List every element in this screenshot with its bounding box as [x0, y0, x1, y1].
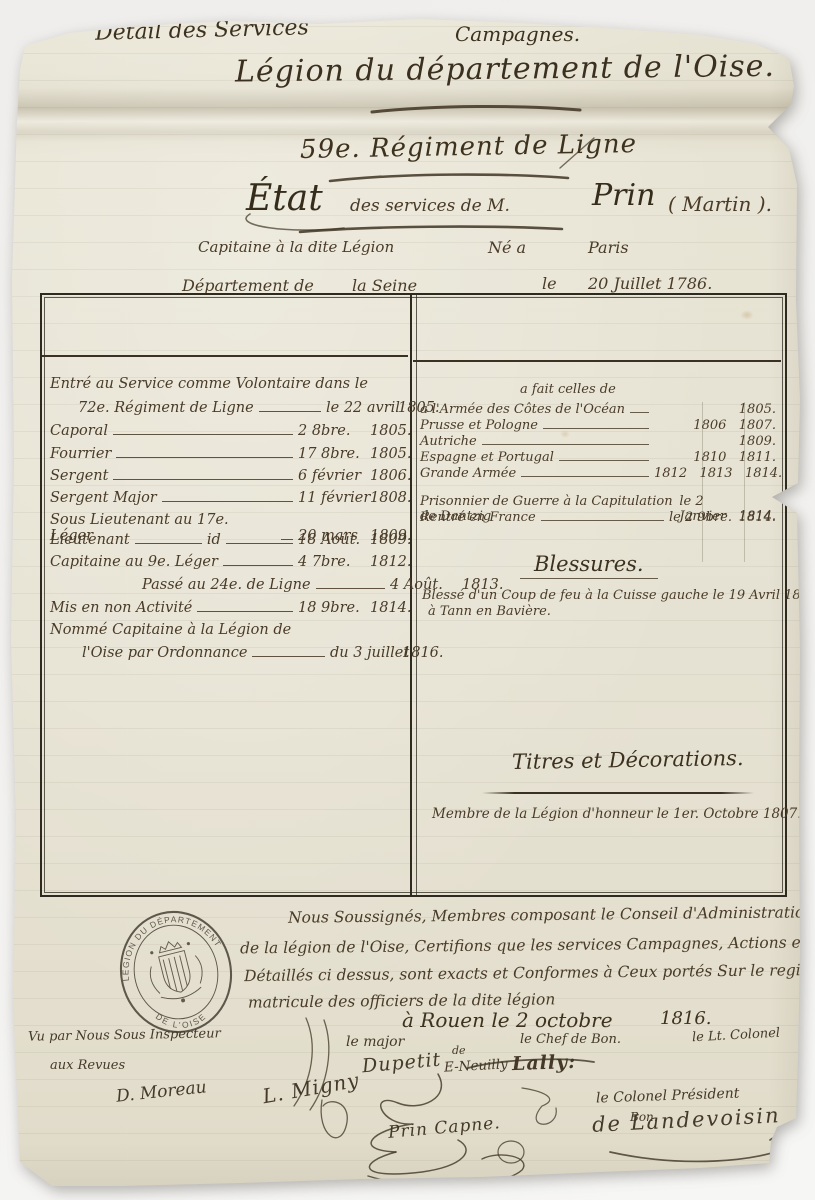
lt-colonel-label: le Lt. Colonel [692, 1026, 781, 1046]
blessures-line: à Tann en Bavière. [428, 604, 551, 619]
service-row: Caporal2 8bre.1805. [50, 423, 406, 439]
rank-line: Capitaine à la dite Légion [198, 238, 394, 256]
signature-lally: Lally: [512, 1051, 577, 1075]
place-date-year: 1816. [660, 1008, 712, 1029]
campaigns-intro: a fait celles de [520, 382, 616, 397]
officer-firstname: ( Martin ). [668, 192, 772, 216]
birth-city: Paris [588, 238, 629, 257]
column-header-campagnes: Campagnes. [455, 22, 580, 46]
service-row: Entré au Service comme Volontaire dans l… [50, 376, 406, 392]
birth-date: 20 Juillet 1786. [588, 274, 712, 293]
certification-line: Nous Soussignés, Membres composant le Co… [288, 903, 814, 927]
service-row: Mis en non Activité18 9bre.1814. [50, 600, 406, 616]
document-page: Légion du département de l'Oise. 59e. Ré… [0, 0, 815, 1200]
edge-shading-bottom [0, 1140, 815, 1200]
blessures-line: Blessé d'un Coup de feu à la Cuisse gauc… [422, 588, 815, 603]
major-label: le major [346, 1034, 404, 1050]
certification-line: de la légion de l'Oise, Certifions que l… [240, 933, 815, 958]
campaign-row: Espagne et Portugal1810 1811. [420, 450, 776, 465]
neuilly-de-label: de [452, 1044, 466, 1057]
service-row: Capitaine au 9e. Léger4 7bre.1812. [50, 554, 406, 570]
vu-par-nous-label: Vu par Nous Sous Inspecteur [28, 1026, 221, 1044]
born-label: Né a [488, 238, 526, 257]
titres-header: Titres et Décorations. [512, 746, 744, 774]
table-column-divider [410, 295, 417, 895]
titres-line: Membre de la Légion d'honneur le 1er. Oc… [432, 806, 802, 822]
header-rule-right [413, 360, 781, 362]
service-row: Lieutenantid18 Août.1809. [50, 532, 406, 548]
campaign-note-row: Rentré en Francele 2 9bre.1814. [420, 510, 776, 525]
stamp-crest [143, 936, 208, 1009]
campaign-row: à l'Armée des Côtes de l'Océan1805. [420, 402, 776, 417]
regiment-subtitle: 59e. Régiment de Ligne [300, 129, 638, 165]
service-row: l'Oise par Ordonnancedu 3 juillet1816. [50, 645, 438, 661]
signature-landevoisin: de Landevoisin [592, 1103, 782, 1137]
campaign-row: Prusse et Pologne1806 1807. [420, 418, 776, 433]
titres-rule [482, 792, 754, 794]
service-row: Sergent Major11 février1808. [50, 490, 406, 506]
etat-word: État [246, 178, 323, 219]
signature-dupetit: Dupetit [361, 1049, 442, 1078]
service-row: 72e. Régiment de Lignele 22 avril1805. [50, 400, 434, 416]
service-row: Fourrier17 8bre.1805. [50, 446, 406, 462]
etat-services-text: des services de M. [350, 196, 510, 216]
campaign-row: Autriche1809. [420, 434, 776, 449]
page-title: Légion du département de l'Oise. [235, 49, 715, 89]
service-row: Nommé Capitaine à la Légion de [50, 622, 406, 638]
paper-sheet: Légion du département de l'Oise. 59e. Ré… [0, 0, 815, 1200]
aux-revues-label: aux Revues [50, 1058, 125, 1073]
signature-neuilly: E-Neuilly [444, 1056, 509, 1075]
column-header-services: Détail des Services [95, 15, 309, 46]
birth-date-le: le [542, 274, 557, 293]
place-date-line: à Rouen le 2 octobre [402, 1008, 613, 1032]
officer-name: Prin [592, 178, 655, 213]
signature-prin: Prin Capne. [387, 1113, 501, 1143]
chef-de-bataillon-label: le Chef de Bon. [520, 1032, 621, 1047]
signature-moreau: D. Moreau [115, 1077, 207, 1106]
header-rule-left [42, 355, 408, 357]
blessures-header: Blessures. [520, 552, 658, 579]
certification-line: Détaillés ci dessus, sont exacts et Conf… [244, 961, 815, 985]
service-row: Sergent6 février1806. [50, 468, 406, 484]
colonel-president-label: le Colonel Président [596, 1086, 740, 1107]
campaign-row: Grande Armée1812 1813 1814. [420, 466, 776, 481]
signature-migny: L. Migny [261, 1068, 362, 1109]
